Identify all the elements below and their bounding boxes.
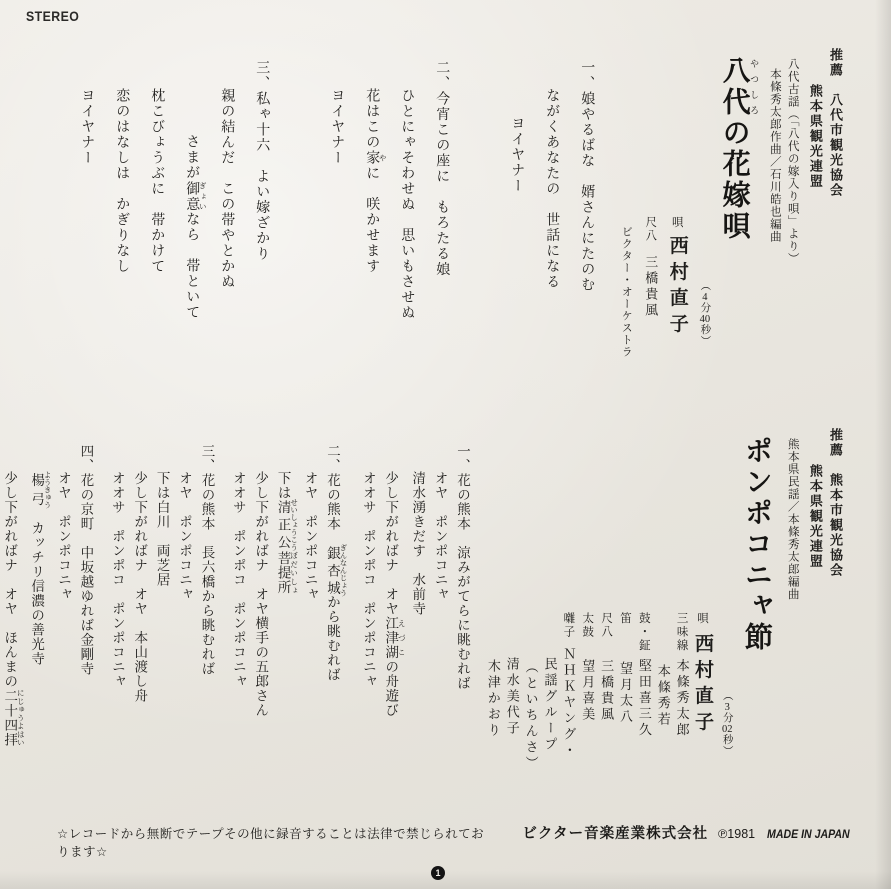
lyric-line: 少し下がればナ オヤ 本山渡し舟 — [128, 444, 150, 703]
song2-duration: （3分02秒） — [719, 428, 734, 820]
credit-person-name: 望月喜美 — [580, 659, 595, 723]
lyric-line: ながくあなたの 世話になる — [534, 60, 569, 293]
credit-person-name: 三橋貴風 — [599, 659, 614, 723]
record-company-name: ビクター音楽産業株式会社 — [522, 822, 708, 843]
lyric-line: 下は清正公せいしょうこう菩提所ぼだいしょ — [271, 444, 298, 718]
credit-role-label: 鼓・鉦 — [638, 612, 650, 653]
song1-source-credit: 八代古謡（「八代の嫁入り唄」より） 本條秀太郎作曲／石川皓也編曲 — [765, 48, 801, 396]
stereo-label: STEREO — [26, 8, 79, 24]
song2-section: 推薦 熊本市観光協会 熊本県観光連盟 熊本県民謡／本條秀太郎編曲 ポンポコニャ節… — [0, 428, 845, 820]
credit-role-label: 太鼓 — [581, 612, 593, 639]
lyric-line: 親の結んだ この帯やとかぬ — [209, 60, 244, 320]
lyric-line: 二、今宵この座に もろたる娘 — [424, 60, 459, 321]
lyric-line: 少し下がればナ オヤ江津湖えづこの舟遊び — [379, 444, 406, 718]
credit-person-name: 民謡グループ — [543, 657, 558, 753]
lyric-line: 四、花の京町 中坂越ゆれば金剛寺 — [74, 444, 96, 747]
credit-entry: 清水美代子 — [502, 612, 521, 737]
lyric-line: 枕こびょうぶに 帯かけて — [139, 60, 174, 320]
recommend-line: 熊本県観光連盟 — [805, 48, 825, 396]
verse: 一、娘やるばな 婿さんにたのむながくあなたの 世話になるヨイヤナー — [499, 60, 604, 293]
song2-lyrics: 一、花の熊本 涼みがてらに眺むればオヤ ポンポコニャ清水湧きだす 水前寺少し下が… — [0, 428, 473, 820]
credit-entry: 鼓・鉦堅田喜三久 — [634, 612, 653, 739]
credit-entry: 本條秀若 — [653, 612, 672, 728]
page-number-badge: 1 — [431, 866, 445, 880]
credit-entry: 唄西村直子 — [662, 216, 691, 340]
credit-role-label: 囃子 — [562, 612, 574, 639]
credit-person-name: （といちんさ） — [524, 660, 539, 772]
song2-recommendation: 推薦 熊本市観光協会 熊本県観光連盟 — [805, 428, 845, 820]
p-line-year: ℗1981 — [718, 827, 755, 841]
verse: 二、花の熊本 銀杏城ぎんなんじょうから眺むればオヤ ポンポコニャ下は清正公せいし… — [226, 444, 347, 718]
recommend-line: 推薦 熊本市観光協会 — [825, 428, 845, 820]
lyric-line: 少し下がればナ オヤ ほんまの二十四拝にじゅうよはい — [0, 444, 25, 747]
credit-entry: 民謡グループ — [540, 612, 559, 753]
credit-entry: 尺八三橋貴風 — [596, 612, 615, 723]
lyric-line: 三、私ゃ十六 よい嫁ざかり — [244, 60, 279, 320]
verse: 二、今宵この座に もろたる娘ひとにゃそわせぬ 思いもさせぬ花はこの家やに 咲かせ… — [319, 60, 459, 321]
verse: 一、花の熊本 涼みがてらに眺むればオヤ ポンポコニャ清水湧きだす 水前寺少し下が… — [356, 444, 473, 718]
credit-entry: ビクター・オーケストラ — [614, 216, 638, 358]
song1-title: 八代やつしろの花嫁唄 — [715, 48, 759, 396]
source-line: 本條秀太郎作曲／石川皓也編曲 — [765, 58, 783, 396]
credit-role-label: 笛 — [619, 612, 631, 626]
paper-right-edge-shadow — [875, 0, 891, 889]
credit-role-label: 尺八 — [600, 612, 612, 639]
credit-person-name: ＮＨＫヤング・ — [561, 647, 576, 759]
lyric-line: 楊弓ようきゅう カッチリ信濃の善光寺 — [25, 444, 52, 747]
lyric-line: オオサ ポンポコ ポンポコニャ — [226, 444, 248, 718]
credit-entry: 太鼓望月喜美 — [577, 612, 596, 723]
lyric-line: 恋のはなしは かぎりなし — [104, 60, 139, 320]
credit-person-name: 清水美代子 — [505, 657, 520, 737]
credit-entry: 囃子ＮＨＫヤング・ — [559, 612, 578, 759]
credit-entry: 三味線本條秀太郎 — [672, 612, 691, 739]
credit-role-label: 尺八 — [644, 216, 656, 243]
credit-entry: 唄西村直子 — [691, 612, 713, 738]
lyric-line: 一、娘やるばな 婿さんにたのむ — [569, 60, 604, 293]
credit-entry: 木津かおり — [483, 612, 502, 739]
source-line: 熊本県民謡／本條秀太郎編曲 — [783, 438, 801, 820]
verse: 三、花の熊本 長六橋から眺むればオヤ ポンポコニャ下は白川 両芝居少し下がればナ… — [105, 444, 217, 703]
song1-recommendation: 推薦 八代市観光協会 熊本県観光連盟 — [805, 48, 845, 396]
recommend-line: 熊本県観光連盟 — [805, 428, 825, 820]
song1-duration: （4分40秒） — [697, 48, 712, 396]
credit-person-name: 三橋貴風 — [643, 255, 658, 319]
lyric-line: ヨイヤナー — [499, 60, 534, 293]
lyric-line: さまが御意ぎょいなら 帯といて — [174, 60, 209, 320]
lyric-line: 少し下がればナ オヤ横手の五郎さん — [249, 444, 271, 718]
credit-person-name: 西村直子 — [692, 634, 713, 738]
lyric-line: オヤ ポンポコニャ — [298, 444, 320, 718]
lyric-line: 一、花の熊本 涼みがてらに眺むれば — [451, 444, 473, 718]
credit-entry: （といちんさ） — [521, 612, 540, 772]
credit-person-name: 木津かおり — [486, 659, 501, 739]
verse: 四、花の京町 中坂越ゆれば金剛寺オヤ ポンポコニャ楊弓ようきゅう カッチリ信濃の… — [0, 444, 96, 747]
lyric-line: ヨイヤナー — [319, 60, 354, 321]
credit-entry: 尺八三橋貴風 — [638, 216, 662, 319]
copy-warning-text: ☆レコードから無断でテープその他に録音することは法律で禁じられております☆ — [57, 824, 484, 860]
song1-lyrics: 一、娘やるばな 婿さんにたのむながくあなたの 世話になるヨイヤナー二、今宵この座… — [69, 48, 604, 396]
song2-credits: 唄西村直子三味線本條秀太郎本條秀若鼓・鉦堅田喜三久笛望月太八尺八三橋貴風太鼓望月… — [483, 428, 713, 820]
song1-section: 推薦 八代市観光協会 熊本県観光連盟 八代古謡（「八代の嫁入り唄」より） 本條秀… — [69, 48, 845, 396]
credit-role-label: 三味線 — [676, 612, 688, 653]
credit-person-name: 本條秀若 — [656, 664, 671, 728]
verse: 三、私ゃ十六 よい嫁ざかり親の結んだ この帯やとかぬさまが御意ぎょいなら 帯とい… — [69, 60, 279, 320]
credit-person-name: ビクター・オーケストラ — [620, 226, 632, 358]
credit-role-label: 唄 — [696, 612, 708, 626]
credit-person-name: 望月太八 — [618, 662, 633, 726]
lyric-line: オヤ ポンポコニャ — [173, 444, 195, 703]
source-line: 八代古謡（「八代の嫁入り唄」より） — [783, 58, 801, 396]
lyric-line: オオサ ポンポコ ポンポコニャ — [356, 444, 378, 718]
song2-title: ポンポコニャ節 — [738, 428, 777, 820]
lyric-line: 花はこの家やに 咲かせます — [354, 60, 389, 321]
lyric-line: ヨイヤナー — [69, 60, 104, 320]
lyric-line: ひとにゃそわせぬ 思いもさせぬ — [389, 60, 424, 321]
made-in-japan-label: MADE IN JAPAN — [767, 829, 850, 841]
lyric-line: 下は白川 両芝居 — [150, 444, 172, 703]
song1-credits: 唄西村直子尺八三橋貴風ビクター・オーケストラ — [614, 48, 691, 396]
lyric-line: オヤ ポンポコニャ — [52, 444, 74, 747]
lyric-line: 清水湧きだす 水前寺 — [406, 444, 428, 718]
lyric-line: 二、花の熊本 銀杏城ぎんなんじょうから眺むれば — [321, 444, 348, 718]
credit-person-name: 西村直子 — [667, 236, 688, 340]
lyric-line: 三、花の熊本 長六橋から眺むれば — [195, 444, 217, 703]
lyric-line: オオサ ポンポコ ポンポコニャ — [105, 444, 127, 703]
footer: ☆レコードから無断でテープその他に録音することは法律で禁じられております☆ ビク… — [57, 822, 857, 860]
recommend-line: 推薦 八代市観光協会 — [825, 48, 845, 396]
credit-role-label: 唄 — [671, 216, 683, 230]
song2-source-credit: 熊本県民謡／本條秀太郎編曲 — [783, 428, 801, 820]
credit-person-name: 堅田喜三久 — [637, 659, 652, 739]
credit-entry: 笛望月太八 — [615, 612, 634, 726]
lyric-line: オヤ ポンポコニャ — [428, 444, 450, 718]
paper-bottom-shadow — [0, 871, 891, 889]
credit-person-name: 本條秀太郎 — [675, 659, 690, 739]
